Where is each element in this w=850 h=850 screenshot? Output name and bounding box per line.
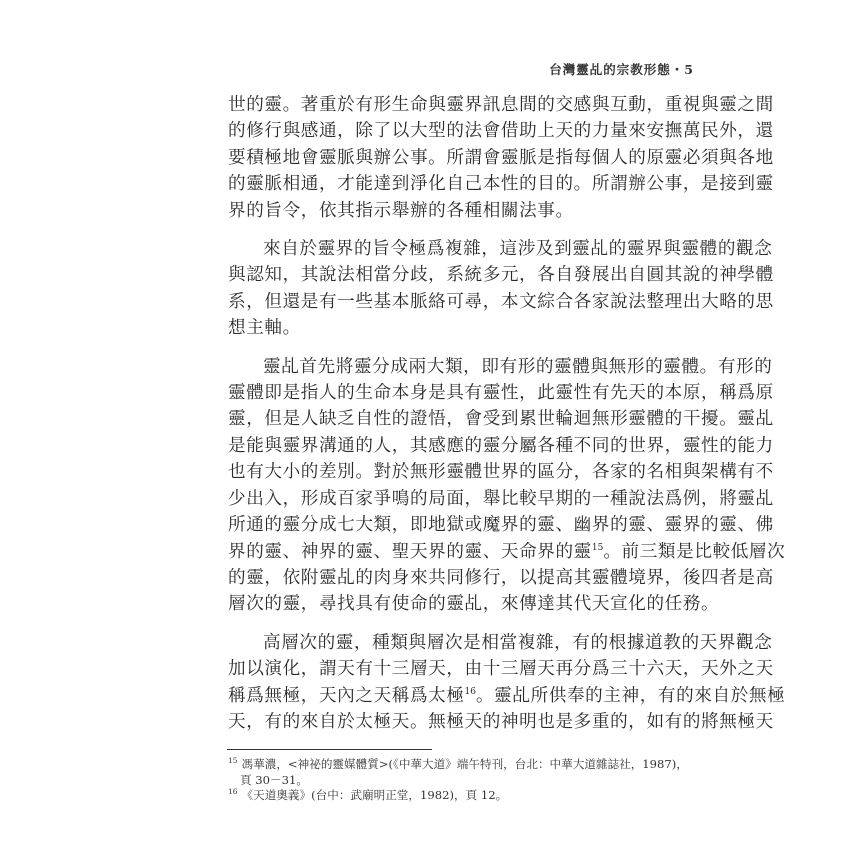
text-line: 加以演化，謂天有十三層天，由十三層天再分爲三十六天，天外之天 (228, 656, 698, 682)
text-line: 也有大小的差別。對於無形靈體世界的區分，各家的名相與架構有不 (228, 459, 698, 485)
text-line: 所通的靈分成七大類，即地獄或魔界的靈、幽界的靈、靈界的靈、佛 (228, 512, 698, 538)
text-line: 的靈，依附靈乩的肉身來共同修行，以提高其靈體境界，後四者是高 (228, 565, 698, 591)
text-segment: 。靈乩所供奉的主神，有的來自於無極 (476, 686, 785, 706)
footnotes: 15馮華濃，<神祕的靈媒體質>(《中華大道》端午特刊，台北：中華大道雜誌社，19… (228, 757, 708, 804)
footnote-number: 15 (228, 756, 238, 765)
text-line: 的修行與感通，除了以大型的法會借助上天的力量來安撫萬民外，還 (228, 118, 698, 144)
text-line: 靈體即是指人的生命本身是具有靈性，此靈性有先天的本原，稱爲原 (228, 380, 698, 406)
text-line: 來自於靈界的旨令極爲複雜，這涉及到靈乩的靈界與靈體的觀念 (228, 236, 698, 262)
footnote-ref-16[interactable]: 16 (465, 687, 476, 697)
paragraph-4: 高層次的靈，種類與層次是相當複雜，有的根據道教的天界觀念 加以演化，謂天有十三層… (228, 630, 698, 736)
text-line: 的靈脈相通，才能達到淨化自己本性的目的。所謂辦公事，是接到靈 (228, 171, 698, 197)
text-line: 靈乩首先將靈分成兩大類，即有形的靈體與無形的靈體。有形的 (228, 354, 698, 380)
footnote-text: 《天道奧義》(台中：武廟明正堂，1982)，頁 12。 (242, 788, 508, 802)
book-page: 台灣靈乩的宗教形態・5 世的靈。著重於有形生命與靈界訊息間的交感與互動，重視與靈… (0, 0, 850, 850)
text-line: 世的靈。著重於有形生命與靈界訊息間的交感與互動，重視與靈之間 (228, 92, 698, 118)
footnote-continuation: 頁 30－31。 (228, 773, 708, 789)
text-line: 要積極地會靈脈與辦公事。所謂會靈脈是指每個人的原靈必須與各地 (228, 145, 698, 171)
paragraph-2: 來自於靈界的旨令極爲複雜，這涉及到靈乩的靈界與靈體的觀念 與認知，其說法相當分歧… (228, 236, 698, 342)
text-segment: 界的靈、神界的靈、聖天界的靈、天命界的靈 (228, 542, 592, 562)
paragraph-3: 靈乩首先將靈分成兩大類，即有形的靈體與無形的靈體。有形的 靈體即是指人的生命本身… (228, 354, 698, 618)
body-text: 世的靈。著重於有形生命與靈界訊息間的交感與互動，重視與靈之間 的修行與感通，除了… (228, 92, 698, 747)
text-line: 想主軸。 (228, 315, 698, 341)
text-line: 與認知，其說法相當分歧，系統多元，各自發展出自圓其說的神學體 (228, 262, 698, 288)
footnote-text: 馮華濃，<神祕的靈媒體質>(《中華大道》端午特刊，台北：中華大道雜誌社，1987… (242, 757, 688, 771)
text-segment: 稱爲無極，天內之天稱爲太極 (228, 686, 465, 706)
footnote-number: 16 (228, 787, 238, 796)
footnote-divider (227, 749, 432, 750)
text-line: 天，有的來自於太極天。無極天的神明也是多重的，如有的將無極天 (228, 709, 698, 735)
text-line: 稱爲無極，天內之天稱爲太極16。靈乩所供奉的主神，有的來自於無極 (228, 683, 698, 709)
text-line: 高層次的靈，種類與層次是相當複雜，有的根據道教的天界觀念 (228, 630, 698, 656)
footnote-ref-15[interactable]: 15 (592, 543, 603, 553)
text-line: 界的旨令，依其指示舉辦的各種相關法事。 (228, 198, 698, 224)
text-line: 層次的靈，尋找具有使命的靈乩，來傳達其代天宣化的任務。 (228, 591, 698, 617)
text-segment: 。前三類是比較低層次 (603, 542, 785, 562)
footnote-16: 16《天道奧義》(台中：武廟明正堂，1982)，頁 12。 (228, 788, 708, 804)
running-header: 台灣靈乩的宗教形態・5 (549, 60, 694, 78)
text-line: 是能與靈界溝通的人，其感應的靈分屬各種不同的世界，靈性的能力 (228, 433, 698, 459)
text-line: 少出入，形成百家爭鳴的局面，舉比較早期的一種說法爲例，將靈乩 (228, 486, 698, 512)
text-line: 靈，但是人缺乏自性的證悟，會受到累世輪迴無形靈體的干擾。靈乩 (228, 406, 698, 432)
text-line: 界的靈、神界的靈、聖天界的靈、天命界的靈15。前三類是比較低層次 (228, 539, 698, 565)
text-line: 系，但還是有一些基本脈絡可尋，本文綜合各家說法整理出大略的思 (228, 289, 698, 315)
paragraph-1: 世的靈。著重於有形生命與靈界訊息間的交感與互動，重視與靈之間 的修行與感通，除了… (228, 92, 698, 224)
footnote-15: 15馮華濃，<神祕的靈媒體質>(《中華大道》端午特刊，台北：中華大道雜誌社，19… (228, 757, 708, 788)
